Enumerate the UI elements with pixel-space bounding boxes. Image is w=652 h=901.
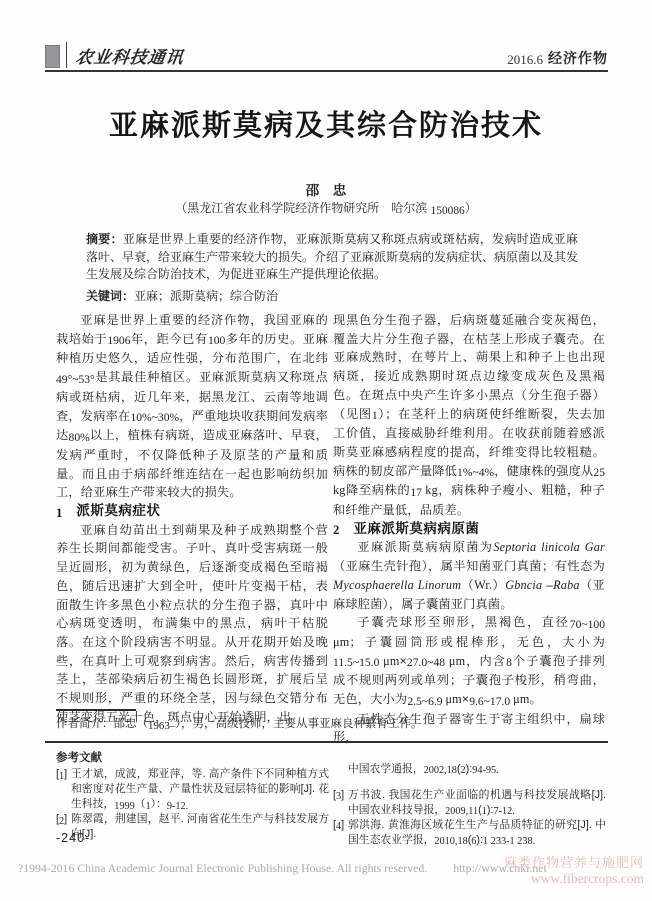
references-right-column: 中国农学通报，2002,18(2):94-95. [3]万书波. 我国花生产业面… <box>333 751 606 848</box>
body-left-column: 亚麻是世界上重要的经济作物，我国亚麻的栽培始于1906年，距今已有100多年的历… <box>56 311 328 726</box>
watermark-site-name: 麻类作物营养与施肥网 <box>504 855 644 871</box>
watermark: 麻类作物营养与施肥网 www.fibercrops.com <box>504 855 644 886</box>
journal-logo-divider <box>66 42 67 68</box>
reference-text: 万书波. 我国花生产业面临的机遇与科技发展战略[J]. 中国农业科技导报，200… <box>348 789 606 816</box>
reference-item-2: [2]陈翠霞，荆建国，赵平. 河南省花生生产与科技发展方向[J]. <box>56 812 329 842</box>
abstract-block: 摘要：亚麻是世界上重要的经济作物，亚麻派斯莫病又称斑点病或斑枯病，发病时造成亚麻… <box>86 231 578 284</box>
author-bio: 作者简介：邵忠（1963–），男，高级技师，主要从事亚麻良种繁育工作。 <box>56 715 608 731</box>
keywords-label: 关键词： <box>86 289 134 303</box>
journal-logo-mark <box>45 45 60 68</box>
reference-continuation: 中国农学通报，2002,18(2):94-95. <box>333 762 606 777</box>
scanned-journal-page: 农业科技通讯 2016.6 经济作物 亚麻派斯莫病及其综合防治技术 邵 忠 （黑… <box>0 0 652 901</box>
pathogen-paragraph: 亚麻派斯莫病病原菌为Septoria linicola Gar（亚麻生壳针孢），… <box>333 538 605 613</box>
reference-text: 王才斌，成波，郑亚萍，等. 高产条件下不同种植方式和密度对花生产量、产量性状及冠… <box>71 768 329 810</box>
journal-header: 农业科技通讯 2016.6 经济作物 <box>45 42 608 72</box>
reference-item-1: [1]王才斌，成波，郑亚萍，等. 高产条件下不同种植方式和密度对花生产量、产量性… <box>56 767 329 812</box>
reference-marker: [3] <box>333 788 344 803</box>
watermark-site-url: www.fibercrops.com <box>504 871 644 887</box>
section-2-heading: 2 亚麻派斯莫病病原菌 <box>333 520 605 539</box>
reference-text: 郭洪海. 黄淮海区域花生生产与品质特征的研究[J]. 中国生态农业学报，2010… <box>348 819 606 846</box>
author-affiliation: （黑龙江省农业科学院经济作物研究所 哈尔滨 150086） <box>0 199 652 216</box>
abstract-label: 摘要： <box>86 232 123 246</box>
issue-label: 2016.6 <box>507 52 543 68</box>
keywords-text: 亚麻；派斯莫病；综合防治 <box>134 289 278 303</box>
section-1-heading: 1 派斯莫病症状 <box>56 502 328 521</box>
reference-marker: [4] <box>333 818 344 833</box>
intro-paragraph: 亚麻是世界上重要的经济作物，我国亚麻的栽培始于1906年，距今已有100多年的历… <box>56 311 328 502</box>
reference-marker: [2] <box>56 812 67 827</box>
header-rule <box>45 70 608 72</box>
section-1-continuation-paragraph: 现黑色分生孢子器，后病斑蔓延融合变灰褐色，覆盖大片分生孢子器，在枯茎上形成子囊壳… <box>333 311 605 520</box>
section-divider-rule <box>45 741 608 743</box>
keywords-line: 关键词：亚麻；派斯莫病；综合防治 <box>86 287 578 304</box>
references-left-column: 参考文献 [1]王才斌，成波，郑亚萍，等. 高产条件下不同种植方式和密度对花生产… <box>56 751 329 842</box>
reference-text: 陈翠霞，荆建国，赵平. 河南省花生生产与科技发展方向[J]. <box>71 813 329 840</box>
ascus-paragraph: 子囊壳球形至卵形，黑褐色，直径70~100 μm；子囊圆筒形或棍棒形，无色，大小… <box>333 613 605 710</box>
author-name: 邵 忠 <box>0 179 652 199</box>
article-title: 亚麻派斯莫病及其综合防治技术 <box>0 103 652 144</box>
footnote-rule <box>56 709 136 711</box>
column-label: 经济作物 <box>548 48 608 68</box>
reference-item-4: [4]郭洪海. 黄淮海区域花生生产与品质特征的研究[J]. 中国生态农业学报，2… <box>333 818 606 848</box>
reference-marker: [1] <box>56 767 67 782</box>
abstract-text: 亚麻是世界上重要的经济作物，亚麻派斯莫病又称斑点病或斑枯病，发病时造成亚麻落叶、… <box>86 232 578 281</box>
journal-logo-text: 农业科技通讯 <box>74 43 186 68</box>
reference-item-3: [3]万书波. 我国花生产业面临的机遇与科技发展战略[J]. 中国农业科技导报，… <box>333 788 606 818</box>
body-right-column: 现黑色分生孢子器，后病斑蔓延融合变灰褐色，覆盖大片分生孢子器，在枯茎上形成子囊壳… <box>333 311 605 747</box>
copyright-text: ?1994-2016 China Academic Journal Electr… <box>18 861 427 875</box>
page-number: -240- <box>56 831 90 845</box>
section-1-paragraph: 亚麻自幼苗出土到蒴果及种子成熟期整个营养生长期间都能受害。子叶、真叶受害病斑一般… <box>56 521 328 727</box>
references-label: 参考文献 <box>56 751 329 766</box>
